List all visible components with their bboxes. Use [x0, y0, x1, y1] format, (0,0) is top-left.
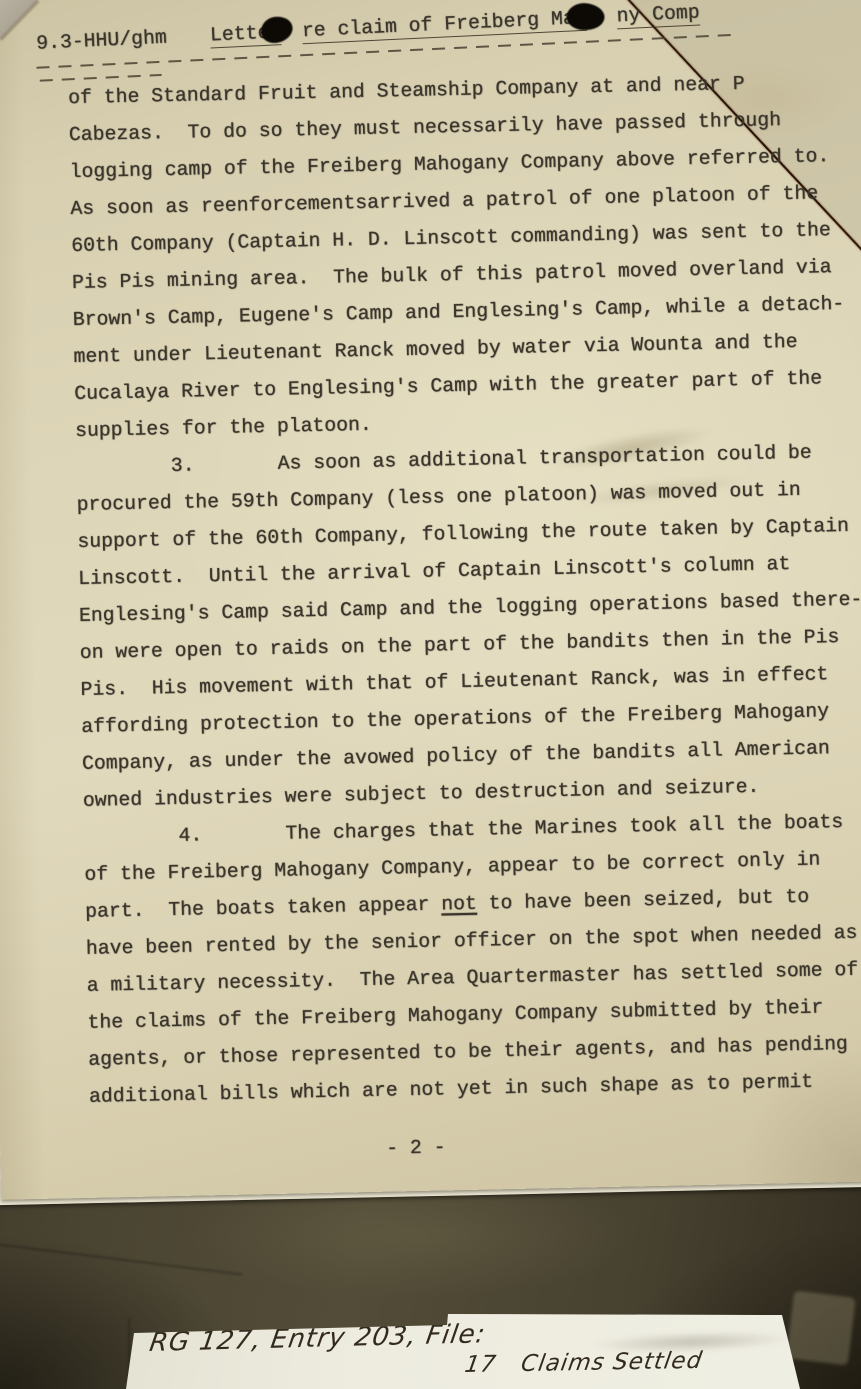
subject-line-part: re claim of Freiberg Mah — [301, 7, 587, 44]
classification-reference: 9.3-HHU/ghm — [36, 27, 167, 55]
typewritten-page: 9.3-HHU/ghm Letter re claim of Freiberg … — [0, 0, 861, 1200]
archive-reference-line2: 17 Claims Settled — [463, 1348, 705, 1378]
archive-reference-line1: RG 127, Entry 203, File: — [147, 1319, 487, 1358]
document-body-text: of the Standard Fruit and Steamship Comp… — [68, 64, 861, 1116]
underlined-word: not — [441, 893, 477, 916]
background-seam — [0, 1243, 242, 1275]
archive-reference-slip: RG 127, Entry 203, File: 17 Claims Settl… — [122, 1306, 802, 1389]
photographed-document-scene: 9.3-HHU/ghm Letter re claim of Freiberg … — [0, 0, 861, 1389]
tape-patch — [786, 1290, 856, 1365]
page-number: - 2 - — [386, 1136, 446, 1159]
subject-line-part: ny Comp — [616, 1, 700, 29]
